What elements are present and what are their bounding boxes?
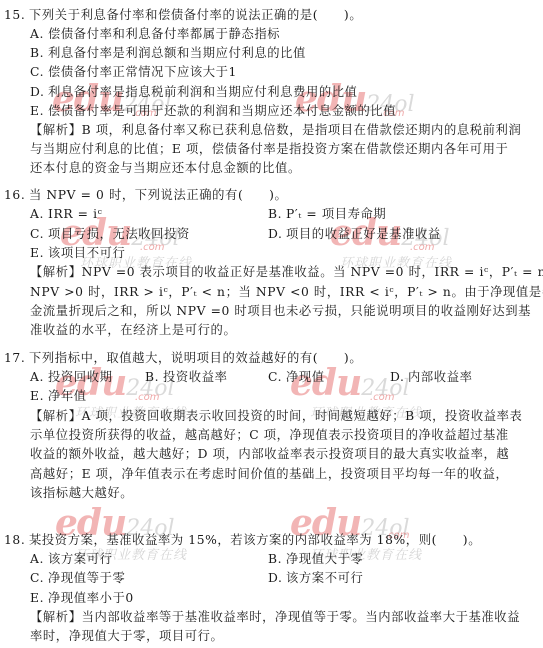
option-letter: D.	[390, 369, 408, 385]
option-c: C.偿债备付率正常情况下应该大于1	[30, 64, 237, 80]
watermark-domain: .com	[370, 392, 395, 403]
option-b: B.投资收益率	[145, 369, 228, 385]
option-letter: D.	[268, 226, 286, 242]
option-text: 净现值	[286, 370, 325, 384]
option-letter: D.	[30, 84, 48, 100]
option-a: A.投资回收期	[30, 369, 113, 385]
question-stem: 18.某投资方案，基准收益率为 15%，若该方案的内部收益率为 18%，则( )…	[4, 532, 481, 548]
option-text: 内部收益率	[408, 370, 473, 384]
option-text: 净年值	[48, 389, 87, 403]
option-text: 投资收益率	[163, 370, 228, 384]
question-number: 17.	[4, 350, 29, 366]
explanation-text: A 项，投资回收期表示收回投资的时间，时间越短越好；B 项，投资收益率表	[82, 409, 523, 423]
option-a: A.该方案可行	[30, 551, 113, 567]
watermark-domain: .com	[135, 392, 160, 403]
option-a: A.IRR = iᶜ	[30, 206, 103, 222]
explanation-label: 【解析】	[30, 610, 82, 624]
option-text: 利息备付率是利润总额和当期应付利息的比值	[48, 46, 306, 60]
watermark-domain: .com	[140, 242, 165, 253]
explanation-line: 【解析】B 项，利息备付率又称已获利息倍数，是指项目在借款偿还期内的息税前利润	[30, 122, 521, 138]
option-text: 偿债备付率是可用于还款的利润和当期应还本付息金额的比值	[48, 104, 396, 118]
option-text: IRR = iᶜ	[48, 207, 103, 221]
question-number: 18.	[4, 532, 29, 548]
option-letter: E.	[30, 590, 48, 606]
option-c: C.项目亏损，无法收回投资	[30, 226, 190, 242]
explanation-line: 率时，净现值大于零，项目可行。	[30, 628, 223, 644]
option-text: 利息备付率是指息税前利润和当期应付利息费用的比值	[48, 85, 358, 99]
explanation-line: 与当期应付利息的比值；E 项，偿债备付率是指投资方案在借款偿还期内各年可用于	[30, 141, 508, 157]
question-stem: 17.下列指标中，取值越大，说明项目的效益越好的有( )。	[4, 350, 362, 366]
question-number: 15.	[4, 7, 29, 23]
option-b: B.P′ₜ = 项目寿命期	[268, 206, 386, 222]
option-e: E.偿债备付率是可用于还款的利润和当期应还本付息金额的比值	[30, 103, 396, 119]
option-c: C.净现值	[268, 369, 325, 385]
option-letter: B.	[268, 206, 286, 222]
option-text: 净现值等于零	[48, 571, 125, 585]
explanation-line: 金流量折现后之和，所以 NPV =0 时项目也未必亏损，只能说明项目的收益刚好达…	[30, 303, 531, 319]
question-stem: 15.下列关于利息备付率和偿债备付率的说法正确的是( )。	[4, 7, 362, 23]
explanation-line: 示单位投资所获得的收益，越高越好；C 项，净现值表示投资项目的净收益超过基准	[30, 427, 509, 443]
option-text: 偿债备付率正常情况下应该大于1	[48, 65, 237, 79]
exam-page: edu24ol .com edu24ol .com edu24ol .com 环…	[0, 0, 543, 648]
question-text: 某投资方案，基准收益率为 15%，若该方案的内部收益率为 18%，则( )。	[29, 533, 481, 547]
option-c: C.净现值等于零	[30, 570, 125, 586]
explanation-label: 【解析】	[30, 123, 82, 137]
explanation-line: NPV >0 时，IRR > iᶜ，P′ₜ < n；当 NPV <0 时，IRR…	[30, 284, 543, 300]
question-text: 当 NPV = 0 时，下列说法正确的有( )。	[29, 188, 287, 202]
option-d: D.项目的收益正好是基准收益	[268, 226, 441, 242]
explanation-line: 准收益的水平，在经济上是可行的。	[30, 322, 236, 338]
option-b: B.净现值大于零	[268, 551, 363, 567]
option-text: 该方案不可行	[286, 571, 363, 585]
option-letter: E.	[30, 245, 48, 261]
option-letter: E.	[30, 388, 48, 404]
option-letter: A.	[30, 369, 48, 385]
option-letter: A.	[30, 551, 48, 567]
option-letter: C.	[30, 226, 48, 242]
explanation-line: 还本付息的资金与当期应还本付息金额的比值。	[30, 160, 301, 176]
option-text: 该方案可行	[48, 552, 113, 566]
explanation-text: 当内部收益率等于基准收益率时，净现值等于零。当内部收益率大于基准收益	[82, 610, 521, 624]
question-text: 下列关于利息备付率和偿债备付率的说法正确的是( )。	[29, 8, 362, 22]
option-letter: C.	[30, 570, 48, 586]
option-d: D.内部收益率	[390, 369, 473, 385]
explanation-line: 收益的额外收益，越大越好；D 项，内部收益率表示投资项目的最大真实收益率，越	[30, 446, 509, 462]
option-e: E.该项目不可行	[30, 245, 125, 261]
option-text: P′ₜ = 项目寿命期	[286, 207, 386, 221]
explanation-line: 【解析】NPV =0 表示项目的收益正好是基准收益。当 NPV =0 时，IRR…	[30, 264, 543, 280]
option-text: 偿债备付率和利息备付率都属于静态指标	[48, 27, 280, 41]
explanation-line: 【解析】当内部收益率等于基准收益率时，净现值等于零。当内部收益率大于基准收益	[30, 609, 520, 625]
option-text: 项目的收益正好是基准收益	[286, 227, 441, 241]
watermark-domain: .com	[410, 242, 435, 253]
option-letter: B.	[30, 45, 48, 61]
explanation-line: 【解析】A 项，投资回收期表示收回投资的时间，时间越短越好；B 项，投资收益率表	[30, 408, 522, 424]
option-b: B.利息备付率是利润总额和当期应付利息的比值	[30, 45, 306, 61]
explanation-line: 高越好；E 项，净年值表示在考虑时间价值的基础上，投资项目平均每一年的收益，	[30, 466, 508, 482]
option-a: A.偿债备付率和利息备付率都属于静态指标	[30, 26, 280, 42]
option-text: 净现值大于零	[286, 552, 363, 566]
option-letter: B.	[268, 551, 286, 567]
option-d: D.该方案不可行	[268, 570, 363, 586]
option-text: 投资回收期	[48, 370, 113, 384]
option-d: D.利息备付率是指息税前利润和当期应付利息费用的比值	[30, 84, 358, 100]
explanation-text: NPV =0 表示项目的收益正好是基准收益。当 NPV =0 时，IRR = i…	[82, 265, 543, 279]
option-text: 净现值率小于0	[48, 591, 134, 605]
option-letter: A.	[30, 26, 48, 42]
explanation-text: B 项，利息备付率又称已获利息倍数，是指项目在借款偿还期内的息税前利润	[82, 123, 522, 137]
option-text: 项目亏损，无法收回投资	[48, 227, 190, 241]
option-letter: D.	[268, 570, 286, 586]
question-text: 下列指标中，取值越大，说明项目的效益越好的有( )。	[29, 351, 362, 365]
option-e: E.净年值	[30, 388, 87, 404]
option-letter: C.	[268, 369, 286, 385]
question-stem: 16.当 NPV = 0 时，下列说法正确的有( )。	[4, 187, 287, 203]
explanation-line: 该指标越大越好。	[30, 485, 133, 501]
option-e: E.净现值率小于0	[30, 590, 134, 606]
option-text: 该项目不可行	[48, 246, 125, 260]
explanation-label: 【解析】	[30, 409, 82, 423]
option-letter: A.	[30, 206, 48, 222]
option-letter: C.	[30, 64, 48, 80]
option-letter: E.	[30, 103, 48, 119]
explanation-label: 【解析】	[30, 265, 82, 279]
option-letter: B.	[145, 369, 163, 385]
question-number: 16.	[4, 187, 29, 203]
